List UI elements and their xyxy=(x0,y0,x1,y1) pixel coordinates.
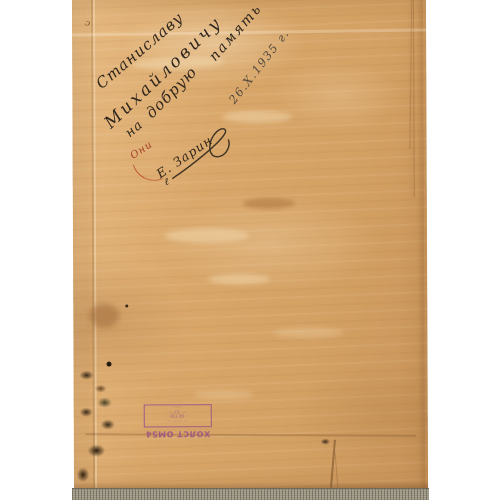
scuff-patch xyxy=(222,111,292,123)
scuff-patch xyxy=(208,274,270,284)
stain-blob xyxy=(89,304,119,328)
stamp-fine-print-text: ··· ········ ··· xyxy=(168,419,188,421)
stamp-fine-print-text: ······· xyxy=(173,406,182,408)
stamp-fine-print-text: ···· ·З.г ··· xyxy=(168,410,187,412)
crack-line xyxy=(86,433,416,436)
cardboard-back: ɔ Станиславу Михайловичу на добрую памят… xyxy=(72,0,428,490)
stamp-fine-print-text: ··· 04·730 ·· xyxy=(166,415,189,417)
crack-line xyxy=(409,0,412,149)
stain-blob xyxy=(125,305,128,308)
scuff-patch xyxy=(165,228,249,243)
stain-blob xyxy=(88,445,105,457)
stamp-box: ··· ········ ··· ··· 04·730 ·· ···· ·З.г… xyxy=(144,404,212,427)
crease-line xyxy=(416,0,425,488)
stain-blob xyxy=(80,408,93,417)
stain-blob xyxy=(80,371,94,380)
stain-blob xyxy=(95,385,107,393)
fabric-strip xyxy=(72,488,429,500)
shop-stamp: ХОЛСТ ОМ54 ··· ········ ··· ··· 04·730 ·… xyxy=(144,404,212,438)
stain-blob xyxy=(101,420,115,430)
signature-flourish xyxy=(168,126,234,184)
stain-blob xyxy=(98,398,112,408)
scuff-patch xyxy=(194,390,254,399)
photo-of-artwork-back: ɔ Станиславу Михайловичу на добрую памят… xyxy=(0,0,500,500)
stamp-big-line: ХОЛСТ ОМ54 xyxy=(144,429,212,438)
scuff-patch xyxy=(273,328,343,338)
stain-blob xyxy=(321,439,330,445)
stain-blob xyxy=(77,468,89,482)
stain-blob xyxy=(107,362,112,367)
stain-blob xyxy=(243,198,295,209)
crease-line xyxy=(91,0,95,490)
stamp-fine-print-line: ··· ········ ··· xyxy=(157,420,198,425)
